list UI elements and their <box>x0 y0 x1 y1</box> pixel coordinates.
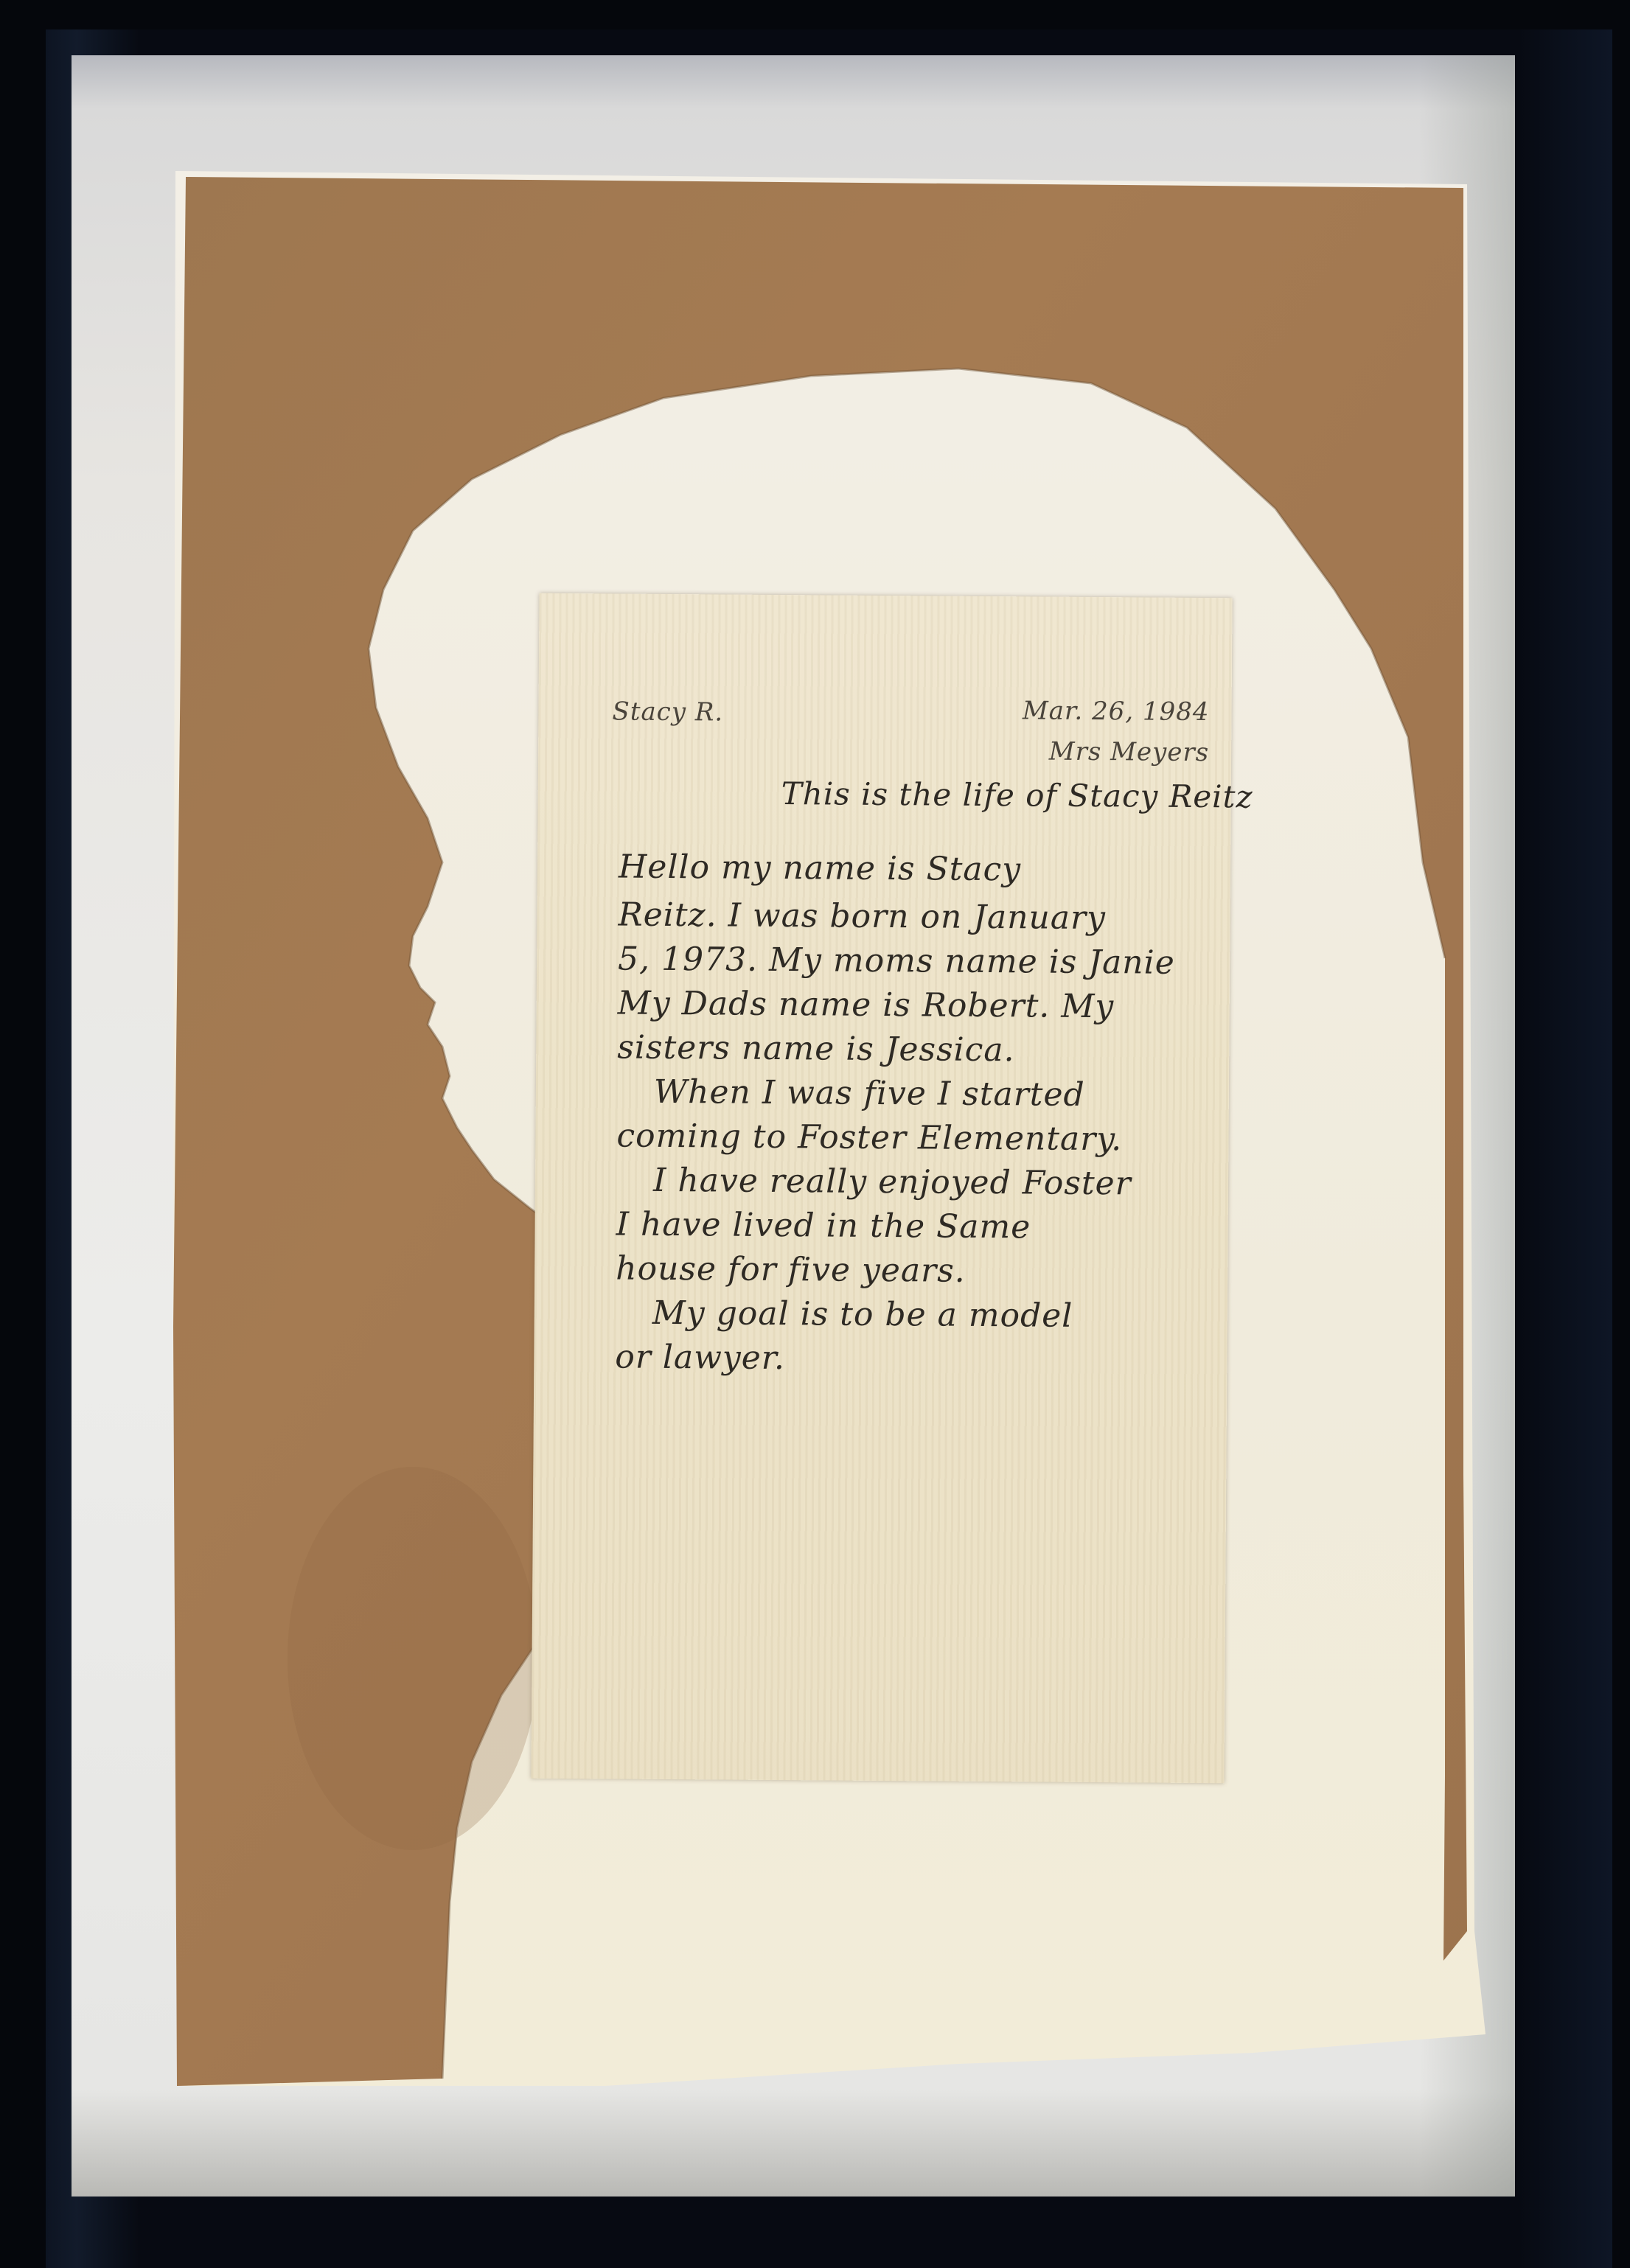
letter-line: Reitz. I was born on January <box>618 896 1106 937</box>
letter-title: This is the life of Stacy Reitz <box>781 775 1253 814</box>
artwork: Stacy R. Mar. 26, 1984 Mrs Meyers This i… <box>0 0 1630 2268</box>
letter-line: When I was five I started <box>654 1073 1085 1114</box>
letter-line: house for five years. <box>616 1249 966 1289</box>
letter-line: sisters name is Jessica. <box>617 1028 1015 1069</box>
letter-line: 5, 1973. My moms name is Janie <box>618 940 1175 981</box>
letter-line: I have lived in the Same <box>616 1205 1031 1246</box>
letter-line: I have really enjoyed Foster <box>653 1162 1132 1203</box>
letter-line: coming to Foster Elementary. <box>616 1117 1122 1158</box>
letter-line: Hello my name is Stacy <box>619 848 1021 888</box>
handwritten-letter: Stacy R. Mar. 26, 1984 Mrs Meyers This i… <box>531 593 1232 1784</box>
student-name: Stacy R. <box>612 697 723 727</box>
letter-date: Mar. 26, 1984 <box>1023 696 1210 727</box>
letter-line: or lawyer. <box>615 1338 785 1377</box>
water-stain <box>288 1467 538 1850</box>
teacher-name: Mrs Meyers <box>1049 737 1210 768</box>
letter-line: My Dads name is Robert. My <box>618 984 1115 1025</box>
letter-line: My goal is to be a model <box>652 1294 1073 1335</box>
